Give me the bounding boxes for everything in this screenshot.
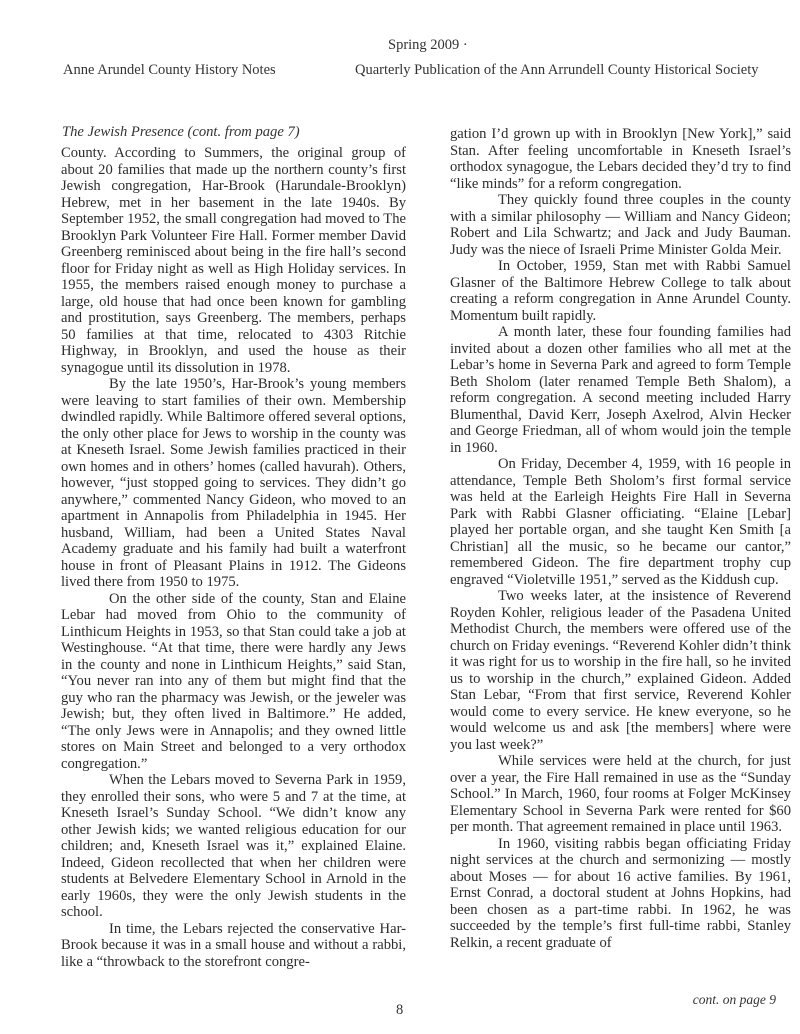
issue-date: Spring 2009 · <box>388 37 468 54</box>
page-number: 8 <box>396 1002 403 1019</box>
paragraph: When the Lebars moved to Severna Park in… <box>61 772 406 921</box>
paragraph: Two weeks later, at the insistence of Re… <box>450 588 791 753</box>
paragraph: On the other side of the county, Stan an… <box>61 591 406 773</box>
article-right-column: gation I’d grown up with in Brooklyn [Ne… <box>450 126 791 951</box>
paragraph: In time, the Lebars rejected the conserv… <box>61 921 406 971</box>
paragraph: In October, 1959, Stan met with Rabbi Sa… <box>450 258 791 324</box>
paragraph: By the late 1950’s, Har-Brook’s young me… <box>61 376 406 591</box>
publication-subtitle: Quarterly Publication of the Ann Arrunde… <box>355 62 759 79</box>
newsletter-page: Spring 2009 · Anne Arundel County Histor… <box>0 0 800 1034</box>
paragraph: County. According to Summers, the origin… <box>61 145 406 376</box>
paragraph: A month later, these four founding famil… <box>450 324 791 456</box>
paragraph: They quickly found three couples in the … <box>450 192 791 258</box>
paragraph: In 1960, visiting rabbis began officiati… <box>450 836 791 952</box>
paragraph: While services were held at the church, … <box>450 753 791 836</box>
publication-title: Anne Arundel County History Notes <box>63 62 276 79</box>
article-left-column: County. According to Summers, the origin… <box>61 145 406 970</box>
continued-on-note: cont. on page 9 <box>693 992 776 1008</box>
paragraph: On Friday, December 4, 1959, with 16 peo… <box>450 456 791 588</box>
paragraph: gation I’d grown up with in Brooklyn [Ne… <box>450 126 791 192</box>
article-continuation-kicker: The Jewish Presence (cont. from page 7) <box>62 124 300 141</box>
